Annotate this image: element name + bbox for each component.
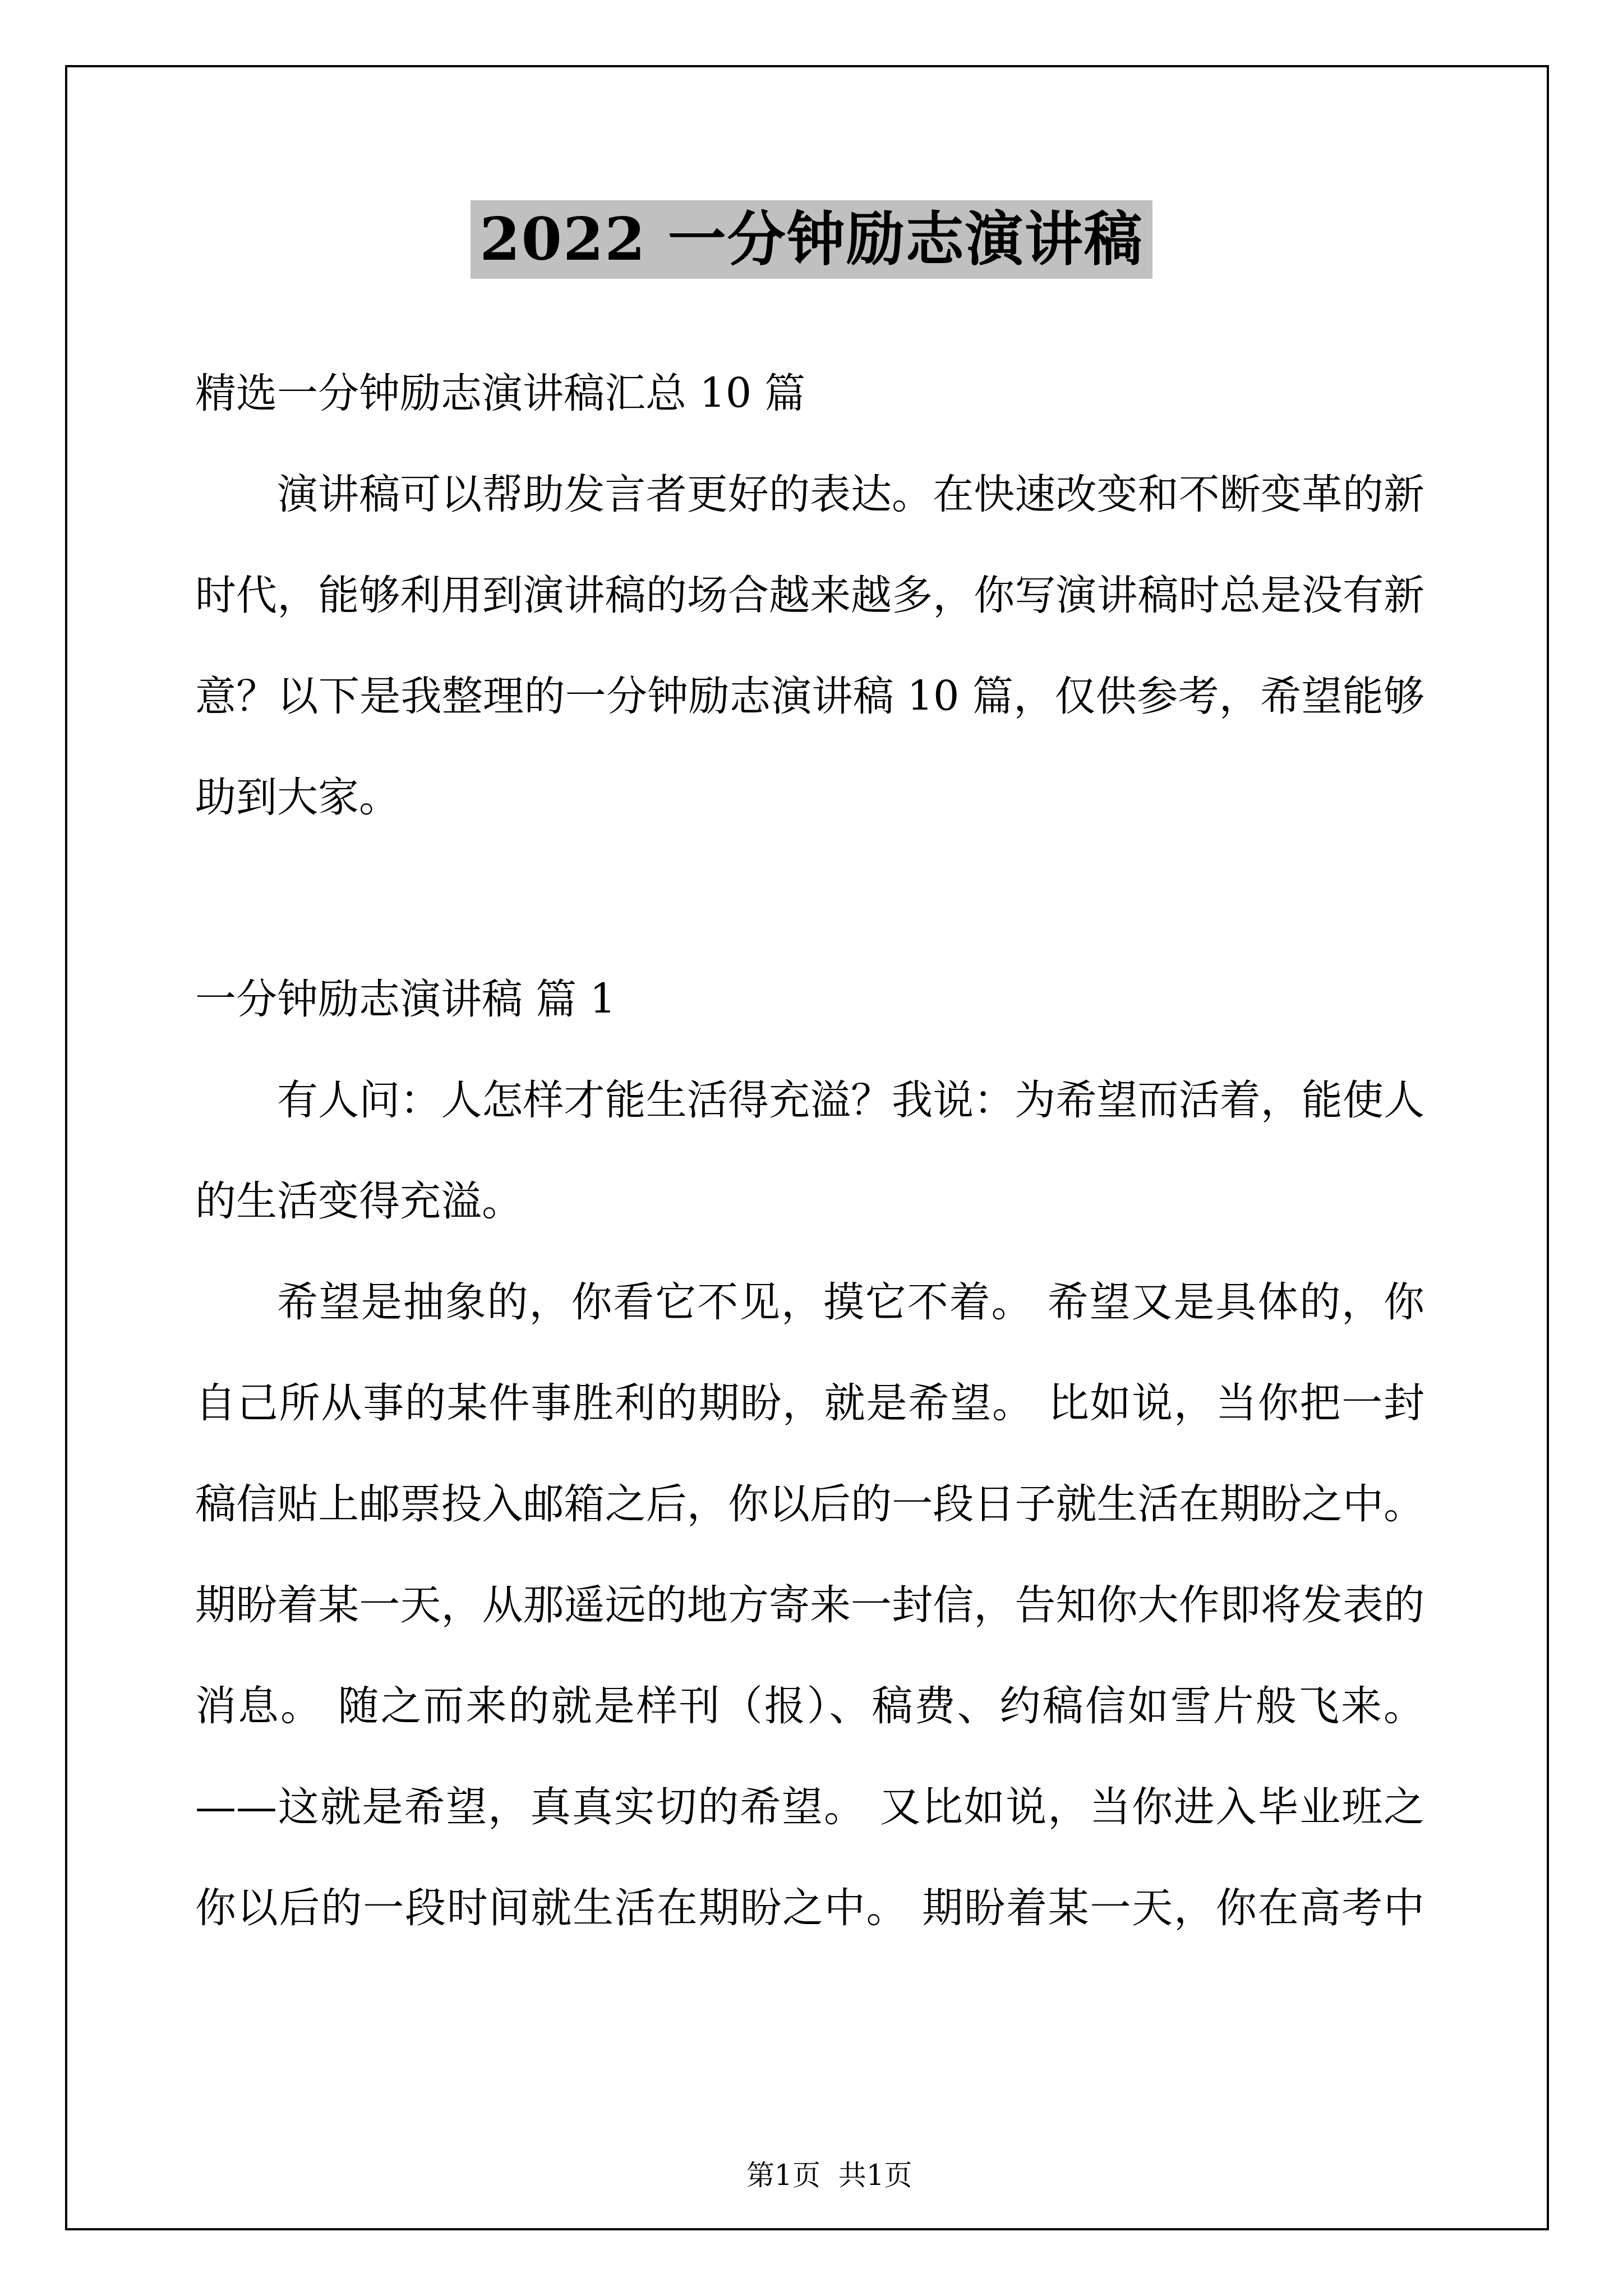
text-line: 你以后的一段时间就生活在期盼之中。 期盼着某一天，你在高考中取: [195, 1858, 1424, 1959]
body-lines: 精选一分钟励志演讲稿汇总 10 篇演讲稿可以帮助发言者更好的表达。在快速改变和不…: [195, 343, 1424, 1959]
text-line: 有人问：人怎样才能生活得充溢？我说：为希望而活着，能使人: [195, 1050, 1424, 1151]
text-line: ——这就是希望，真真实切的希望。 又比如说，当你进入毕业班之后，: [195, 1757, 1424, 1858]
text-line: 演讲稿可以帮助发言者更好的表达。在快速改变和不断变革的新: [195, 444, 1424, 545]
text-line: 助到大家。: [195, 747, 1424, 848]
text-line: 意？以下是我整理的一分钟励志演讲稿 10 篇，仅供参考，希望能够帮: [195, 646, 1424, 747]
blank-line: [195, 848, 1424, 949]
text-line: 一分钟励志演讲稿 篇 1: [195, 949, 1424, 1050]
text-line: 时代，能够利用到演讲稿的场合越来越多，你写演讲稿时总是没有新: [195, 545, 1424, 646]
page-footer: 第1页 共1页: [0, 2125, 1623, 2226]
text-line: 的生活变得充溢。: [195, 1151, 1424, 1252]
document-page: 2022 一分钟励志演讲稿 精选一分钟励志演讲稿汇总 10 篇演讲稿可以帮助发言…: [0, 0, 1623, 2296]
page-title-text: 2022 一分钟励志演讲稿: [471, 200, 1152, 279]
page-title: 2022 一分钟励志演讲稿: [0, 200, 1623, 279]
text-line: 自己所从事的某件事胜利的期盼，就是希望。 比如说，当你把一封投: [195, 1353, 1424, 1454]
text-line: 期盼着某一天，从那遥远的地方寄来一封信，告知你大作即将发表的: [195, 1555, 1424, 1656]
text-line: 消息。 随之而来的就是样刊（报）、稿费、约稿信如雪片般飞来。: [195, 1656, 1424, 1757]
page-number: 第1页 共1页: [746, 2159, 912, 2192]
text-line: 精选一分钟励志演讲稿汇总 10 篇: [195, 343, 1424, 444]
text-line: 稿信贴上邮票投入邮箱之后，你以后的一段日子就生活在期盼之中。: [195, 1454, 1424, 1555]
text-line: 希望是抽象的，你看它不见，摸它不着。 希望又是具体的，你对: [195, 1252, 1424, 1353]
